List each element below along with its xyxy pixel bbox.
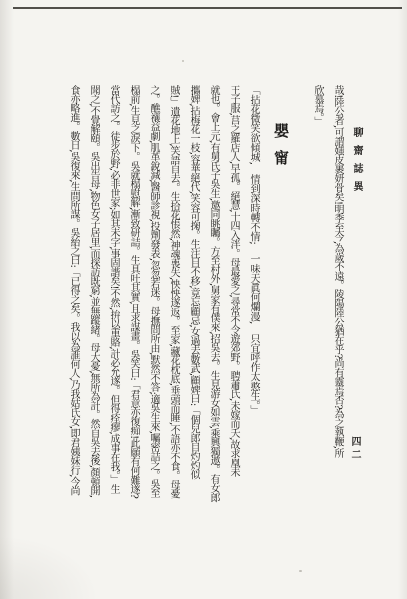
column-story-5: 之。醮禳益劇,肌革銳減;醫師診視,投劑發表,忽忽若迷。母撫問所由,默然不答;適吳… <box>143 85 163 561</box>
top-border-line <box>13 7 402 9</box>
running-title: 聊齋誌異 <box>349 127 364 199</box>
column-lupan-commentary-end: 欣慕焉。」 <box>307 85 327 561</box>
scan-speck <box>182 60 184 62</box>
story-title: 嬰甯 <box>269 85 293 561</box>
column-story-7: 當代訪之。徒步於野,必非世家;如其未字,事固諧矣!不然,拚以重賂,計必允遂。但得… <box>103 85 123 561</box>
page-number: 四二 <box>347 436 362 462</box>
column-story-6: 榻前,生見之淚下。吳就榻慰解,漸致研詰。生具吐其實,且求謀畫。吳笑曰:「君意亦復… <box>123 85 143 561</box>
column-story-9: 食亦略進。數日,吳復來,生問所謀。吳紿之曰:「已得之矣。我以為誰何人,乃我姑氏女… <box>63 85 83 561</box>
book-page-scan: 聊齋誌異 四二 哉!陸公者,可謂媸皮裹妍骨矣!明季至今,為歲不遠。陵陽陸公猶在乎… <box>0 0 407 599</box>
column-story-8: 聞之,不覺解頤。吳出告母,物色女子居里,而探訪既窮,並無蹤緒。母大憂,無所為計。… <box>83 85 103 561</box>
text-block: 哉!陸公者,可謂媸皮裹妍骨矣!明季至今,為歲不遠。陵陽陸公猶在乎?尚有靈焉否?為… <box>63 85 347 567</box>
column-story-4: 賊!」遺花地上,笑語自去。生拾花悵然,神魂喪失,怏怏遂返。至家,藏花枕底,垂頭而… <box>163 85 183 561</box>
column-story-1: 王子服,莒之羅店人,早孤。絕慧,十四入泮。母最愛之,尋常不令遊郊野。聘蕭氏,未嫁… <box>223 85 243 561</box>
column-opening-verse: 「拈花微笑欲傾城, 情到深時轉不情; 一味天眞何爛漫, 只宜呼作太憨生。」 <box>243 85 263 561</box>
scan-speck <box>299 570 302 572</box>
column-lupan-commentary: 哉!陸公者,可謂媸皮裹妍骨矣!明季至今,為歲不遠。陵陽陸公猶在乎?尚有靈焉否?為… <box>327 85 347 561</box>
column-story-2: 就也。會上元,有舅氏子吳生,邀同眺矚。方至村外,舅家有僕來,招吳去。生見游女如雲… <box>203 85 223 561</box>
column-story-3: 攜婢,拈梅花一枝,容華絕代,笑容可掬。生注目不移,竟忘顧忌,女過去數武,顧婢曰:… <box>183 85 203 561</box>
